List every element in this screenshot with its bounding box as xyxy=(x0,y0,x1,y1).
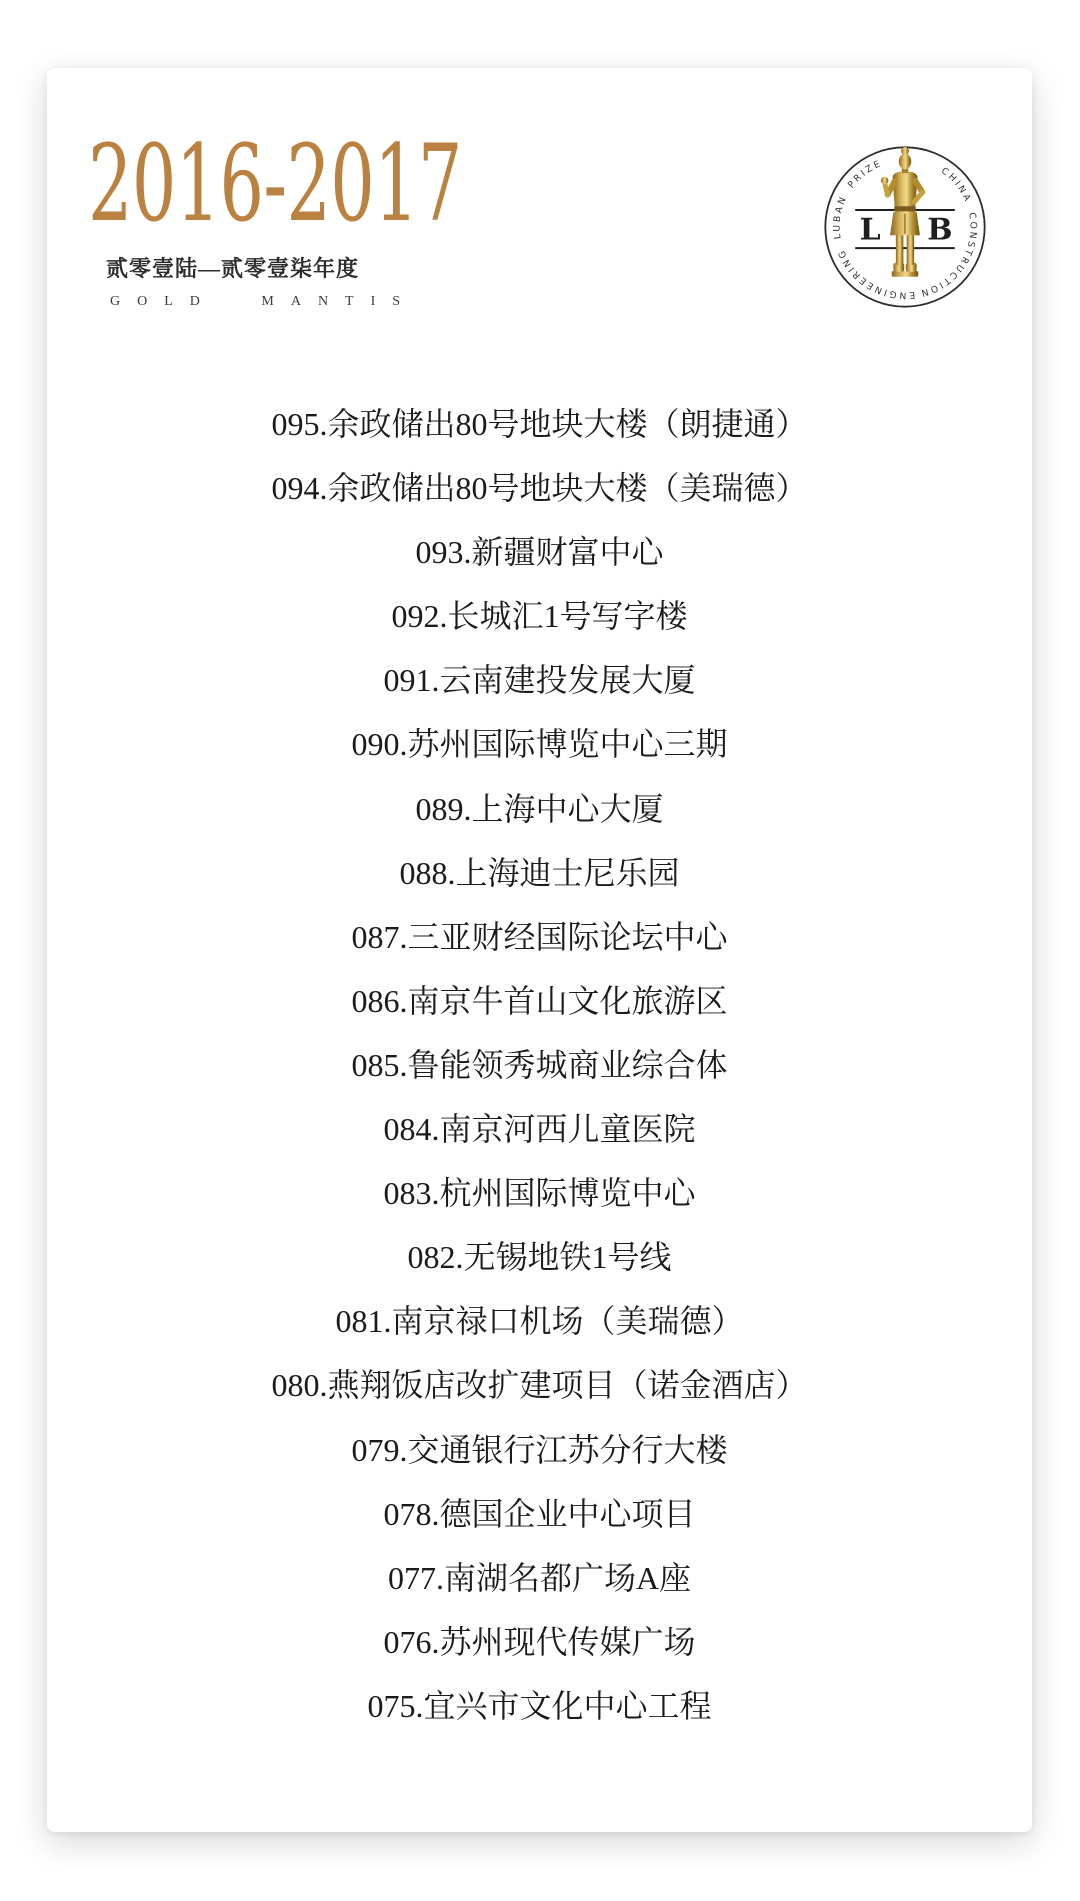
list-item: 083.杭州国际博览中心 xyxy=(47,1161,1032,1225)
list-item: 088.上海迪士尼乐园 xyxy=(47,841,1032,905)
year-range-chinese: 贰零壹陆—贰零壹柒年度 xyxy=(106,252,359,283)
list-item: 080.燕翔饭店改扩建项目（诺金酒店） xyxy=(47,1353,1032,1417)
list-item: 082.无锡地铁1号线 xyxy=(47,1225,1032,1289)
list-item: 079.交通银行江苏分行大楼 xyxy=(47,1418,1032,1482)
list-item: 089.上海中心大厦 xyxy=(47,777,1032,841)
list-item: 086.南京牛首山文化旅游区 xyxy=(47,969,1032,1033)
luban-prize-seal-logo: CHINA CONSTRUCTION ENGINEERING LUBAN PRI… xyxy=(822,144,988,310)
list-item: 090.苏州国际博览中心三期 xyxy=(47,712,1032,776)
list-item: 081.南京禄口机场（美瑞德） xyxy=(47,1289,1032,1353)
monogram-letter-l: L xyxy=(860,212,881,247)
list-item: 084.南京河西儿童医院 xyxy=(47,1097,1032,1161)
list-item: 078.德国企业中心项目 xyxy=(47,1482,1032,1546)
list-item: 091.云南建投发展大厦 xyxy=(47,648,1032,712)
page: { "page": { "background": "#ffffff", "ca… xyxy=(0,0,1080,1901)
brand-name: GOLD MANTIS xyxy=(110,294,417,310)
project-list: 095.余政储出80号地块大楼（朗捷通） 094.余政储出80号地块大楼（美瑞德… xyxy=(47,392,1032,1738)
poster-card: 2016-2017 贰零壹陆—贰零壹柒年度 GOLD MANTIS CHINA … xyxy=(47,68,1032,1832)
monogram-letter-b: B xyxy=(927,212,952,247)
list-item: 094.余政储出80号地块大楼（美瑞德） xyxy=(47,456,1032,520)
list-item: 087.三亚财经国际论坛中心 xyxy=(47,905,1032,969)
list-item: 093.新疆财富中心 xyxy=(47,520,1032,584)
list-item: 076.苏州现代传媒广场 xyxy=(47,1610,1032,1674)
list-item: 092.长城汇1号写字楼 xyxy=(47,584,1032,648)
list-item: 077.南湖名都广场A座 xyxy=(47,1546,1032,1610)
luban-gold-statue-icon xyxy=(881,147,923,277)
year-range-title: 2016-2017 xyxy=(88,128,462,239)
list-item: 075.宜兴市文化中心工程 xyxy=(47,1674,1032,1738)
list-item: 095.余政储出80号地块大楼（朗捷通） xyxy=(47,392,1032,456)
list-item: 085.鲁能领秀城商业综合体 xyxy=(47,1033,1032,1097)
